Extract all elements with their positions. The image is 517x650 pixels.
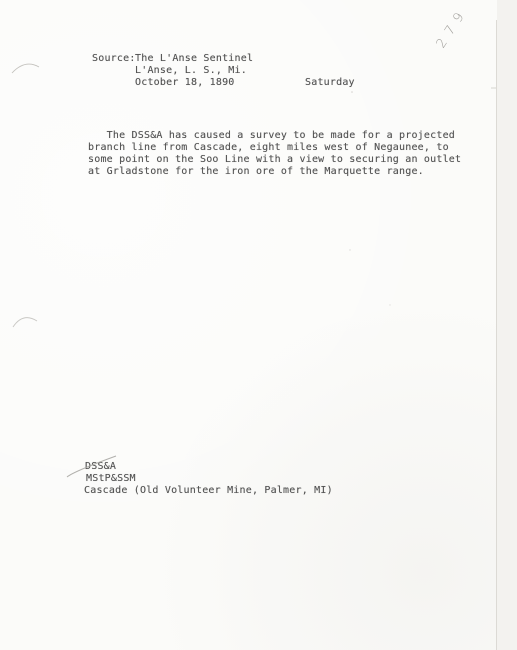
source-date: October 18, 1890 [135, 77, 235, 89]
pencil-arc-mark-top-left [12, 64, 39, 73]
scan-margin-strip [497, 0, 517, 650]
source-weekday: Saturday [305, 77, 355, 89]
index-term-railroad-2: MStP&SSM [86, 473, 136, 485]
scan-speck [351, 91, 353, 93]
index-term-railroad-1: DSS&A [85, 461, 116, 473]
source-publication: The L'Anse Sentinel [135, 53, 253, 65]
scan-speck [389, 304, 390, 305]
pencil-marks-overlay [0, 0, 517, 650]
article-body-paragraph: The DSS&A has caused a survey to be made… [88, 130, 461, 178]
scan-speck [349, 249, 350, 250]
pencil-arc-mark-mid-left [13, 318, 37, 327]
handwritten-page-number: 279 [417, 0, 489, 65]
page-edge-line [496, 20, 497, 650]
scanned-document-page: 279 Source: The L'Anse Sentinel L'Anse, … [0, 0, 517, 650]
index-term-mine: Cascade (Old Volunteer Mine, Palmer, MI) [84, 485, 333, 497]
source-label: Source: [92, 53, 136, 65]
source-location: L'Anse, L. S., Mi. [135, 65, 247, 77]
